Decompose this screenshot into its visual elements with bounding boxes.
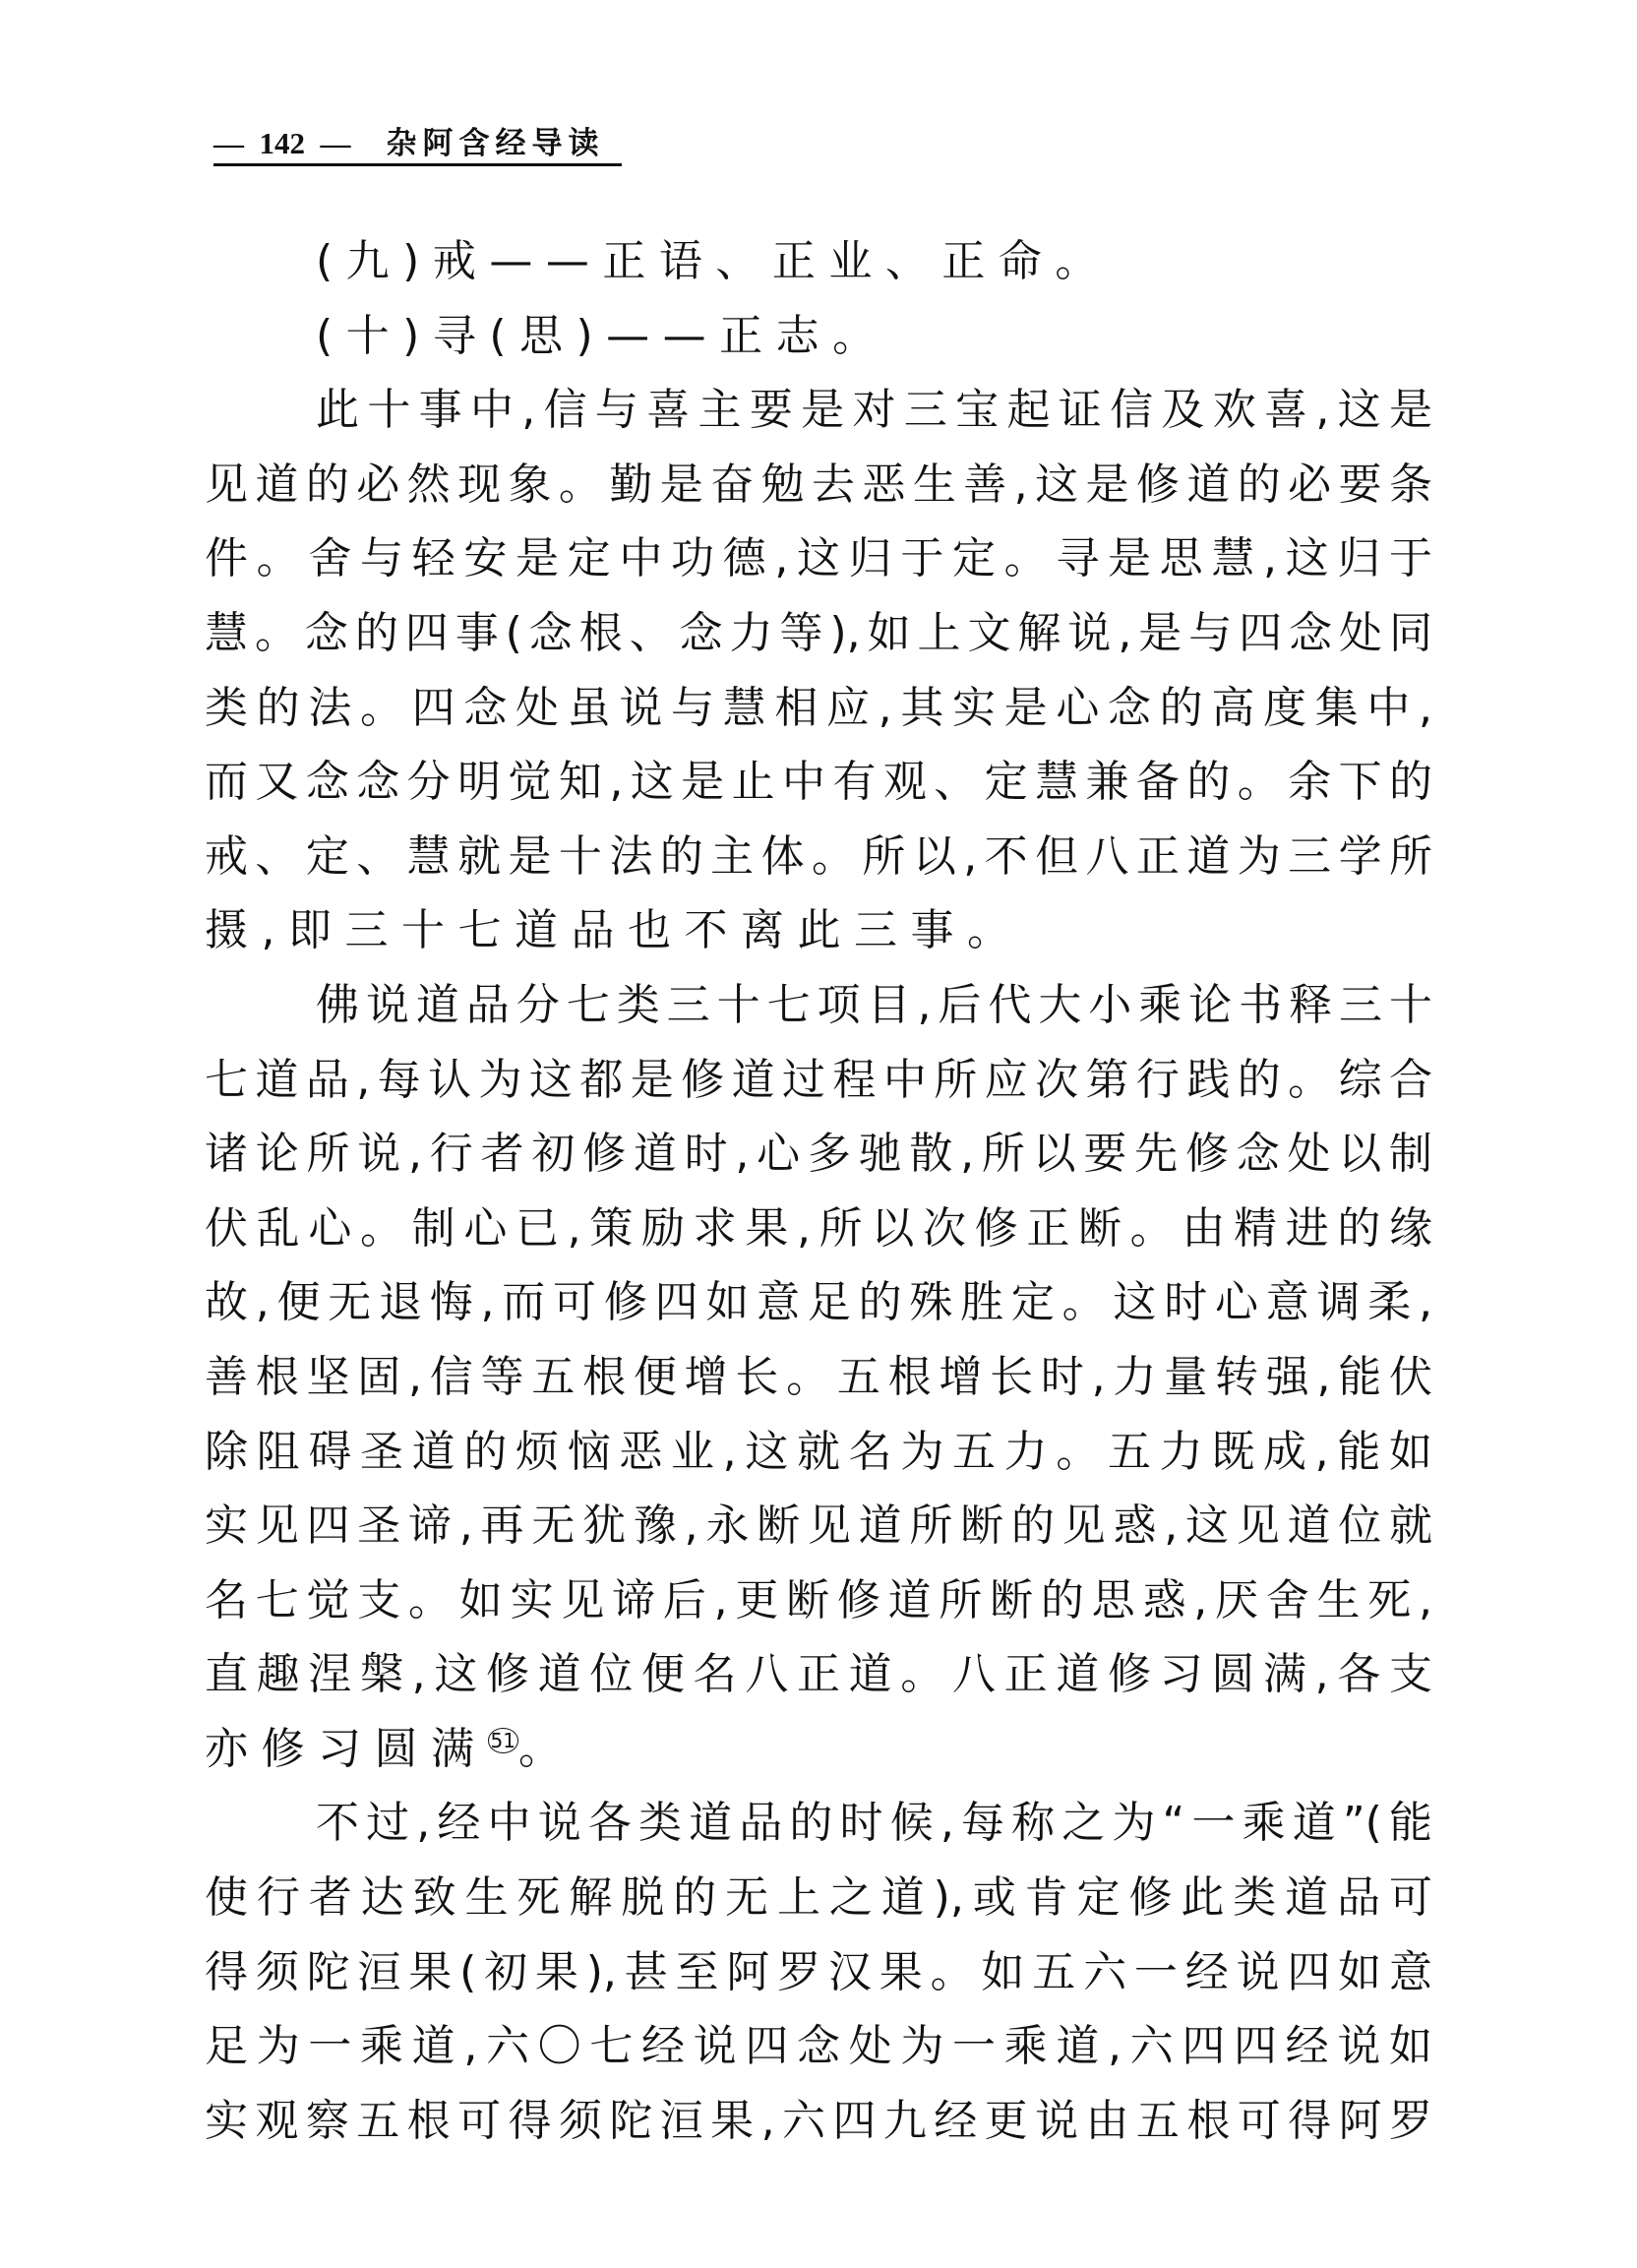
text-line: 得须陀洹果(初果),甚至阿罗汉果。如五六一经说四如意 (205, 1935, 1432, 2010)
text-line: 类的法。四念处虽说与慧相应,其实是心念的高度集中, (205, 671, 1432, 746)
text-line: 故,便无退悔,而可修四如意足的殊胜定。这时心意调柔, (205, 1265, 1432, 1340)
text-line: 除阻碍圣道的烦恼恶业,这就名为五力。五力既成,能如 (205, 1415, 1432, 1490)
book-title: 杂阿含经导读 (387, 124, 605, 163)
text-line-with-footnote: 亦修习圆满51。 (205, 1712, 1432, 1787)
text-segment: 。 (518, 1724, 576, 1774)
text-line: 摄,即三十七道品也不离此三事。 (205, 893, 1432, 968)
running-header: — 142 — 杂阿含经导读 (213, 116, 622, 166)
text-line: 直趣涅槃,这修道位便名八正道。八正道修习圆满,各支 (205, 1637, 1432, 1712)
text-line: 使行者达致生死解脱的无上之道),或肯定修此类道品可 (205, 1861, 1432, 1935)
footnote-marker[interactable]: 51 (488, 1728, 518, 1753)
text-line: 诸论所说,行者初修道时,心多驰散,所以要先修念处以制 (205, 1117, 1432, 1192)
body-text: (九)戒——正语、正业、正命。 (十)寻(思)——正志。 此十事中,信与喜主要是… (205, 224, 1432, 2158)
text-line: 足为一乘道,六〇七经说四念处为一乘道,六四四经说如 (205, 2009, 1432, 2084)
text-line: 名七觉支。如实见谛后,更断修道所断的思惑,厌舍生死, (205, 1563, 1432, 1638)
page-number: — 142 — (213, 124, 351, 163)
text-line: 七道品,每认为这都是修道过程中所应次第行践的。综合 (205, 1043, 1432, 1118)
text-line: 实见四圣谛,再无犹豫,永断见道所断的见惑,这见道位就 (205, 1489, 1432, 1563)
text-line: 善根坚固,信等五根便增长。五根增长时,力量转强,能伏 (205, 1340, 1432, 1415)
text-line: 伏乱心。制心已,策励求果,所以次修正断。由精进的缘 (205, 1192, 1432, 1266)
text-line: 而又念念分明觉知,这是止中有观、定慧兼备的。余下的 (205, 745, 1432, 820)
text-line: (十)寻(思)——正志。 (205, 299, 1432, 374)
text-line: 实观察五根可得须陀洹果,六四九经更说由五根可得阿罗 (205, 2084, 1432, 2159)
text-line: 佛说道品分七类三十七项目,后代大小乘论书释三十 (205, 968, 1432, 1043)
text-line: 戒、定、慧就是十法的主体。所以,不但八正道为三学所 (205, 820, 1432, 894)
text-line: 慧。念的四事(念根、念力等),如上文解说,是与四念处同 (205, 596, 1432, 671)
text-line: 不过,经中说各类道品的时候,每称之为“一乘道”(能 (205, 1786, 1432, 1861)
text-line: 见道的必然现象。勤是奋勉去恶生善,这是修道的必要条 (205, 448, 1432, 522)
text-line: 此十事中,信与喜主要是对三宝起证信及欢喜,这是 (205, 373, 1432, 448)
text-line: 件。舍与轻安是定中功德,这归于定。寻是思慧,这归于 (205, 521, 1432, 596)
text-line: (九)戒——正语、正业、正命。 (205, 224, 1432, 299)
text-segment: 亦修习圆满 (205, 1724, 488, 1774)
